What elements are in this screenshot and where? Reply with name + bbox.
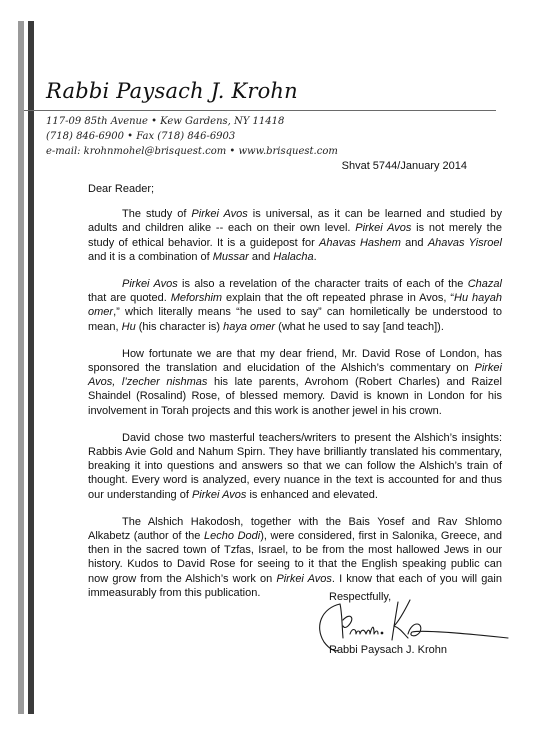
letterhead-email-web: e-mail: krohnmohel@brisquest.com • www.b… — [46, 144, 338, 159]
letterhead: Rabbi Paysach J. Krohn — [46, 78, 506, 104]
paragraph: The Alshich Hakodosh, together with the … — [88, 515, 502, 600]
italic-term: Mussar — [213, 251, 249, 263]
italic-term: Hu hayah omer — [88, 292, 502, 318]
italic-term: Ahavas Hashem — [319, 237, 401, 249]
italic-term: haya omer — [223, 321, 275, 333]
italic-term: Pirkei Avos — [122, 278, 178, 290]
letterhead-bar-light — [18, 21, 24, 714]
italic-term: Pirkei Avos — [191, 208, 247, 220]
letterhead-bar-dark — [28, 21, 34, 714]
italic-term: Pirkei Avos — [192, 489, 246, 501]
italic-term: Chazal — [468, 278, 502, 290]
italic-term: Meforshim — [171, 292, 222, 304]
letter-date: Shvat 5744/January 2014 — [342, 160, 467, 172]
letterhead-contact: 117-09 85th Avenue • Kew Gardens, NY 114… — [46, 114, 338, 159]
italic-term: Pirkei Avos — [355, 222, 411, 234]
salutation: Dear Reader; — [88, 182, 502, 196]
letterhead-name: Rabbi Paysach J. Krohn — [46, 78, 506, 104]
paragraph: David chose two masterful teachers/write… — [88, 431, 502, 502]
letter-body: Dear Reader; The study of Pirkei Avos is… — [88, 182, 502, 613]
italic-term: Pirkei Avos, l’zecher nishmas — [88, 362, 502, 388]
letterhead-rule — [24, 110, 496, 111]
paragraph: Pirkei Avos is also a revelation of the … — [88, 277, 502, 334]
italic-term: Pirkei Avos — [276, 573, 332, 585]
letterhead-phone: (718) 846-6900 • Fax (718) 846-6903 — [46, 129, 338, 144]
letterhead-address: 117-09 85th Avenue • Kew Gardens, NY 114… — [46, 114, 338, 129]
italic-term: Ahavas Yisroel — [428, 237, 502, 249]
italic-term: Halacha — [273, 251, 313, 263]
paragraph: The study of Pirkei Avos is universal, a… — [88, 207, 502, 264]
italic-term: Hu — [122, 321, 136, 333]
paragraph: How fortunate we are that my dear friend… — [88, 347, 502, 418]
signer-name: Rabbi Paysach J. Krohn — [329, 644, 447, 656]
italic-term: Lecho Dodi — [204, 530, 260, 542]
